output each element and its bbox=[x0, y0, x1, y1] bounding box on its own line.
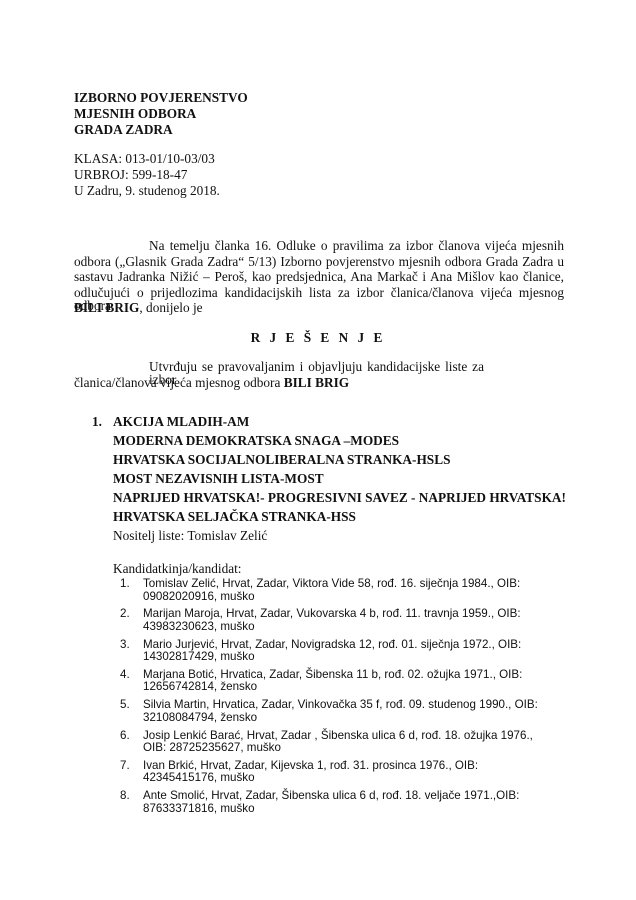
issuer-line-2: MJESNIH ODBORA bbox=[74, 107, 196, 120]
issuer-line-3: GRADA ZADRA bbox=[74, 123, 173, 136]
candidate-line-1: Ante Smolić, Hrvat, Zadar, Šibenska ulic… bbox=[143, 790, 573, 803]
decision-line-last: članica/članova vijeća mjesnog odbora BI… bbox=[74, 376, 564, 392]
party-name: MOST NEZAVISNIH LISTA-MOST bbox=[113, 472, 324, 485]
intro-line: odlučujući o prijedlozima kandidacijskih… bbox=[74, 286, 564, 302]
intro-tail: , donijelo je bbox=[139, 300, 202, 315]
mjesni-odbor-name: BILI BRIG bbox=[284, 375, 349, 390]
candidate-number: 5. bbox=[120, 699, 138, 712]
decision-line: Utvrđuju se pravovaljanim i objavljuju k… bbox=[74, 360, 564, 376]
party-name: HRVATSKA SOCIJALNOLIBERALNA STRANKA-HSLS bbox=[113, 453, 450, 466]
candidate-line-2: OIB: 28725235627, muško bbox=[143, 742, 573, 755]
decision-text: članica/članova vijeća mjesnog odbora bbox=[74, 375, 284, 390]
intro-line: Na temelju članka 16. Odluke o pravilima… bbox=[74, 239, 564, 255]
candidate-details: Marijan Maroja, Hrvat, Zadar, Vukovarska… bbox=[143, 608, 573, 633]
candidate-line-2: 12656742814, žensko bbox=[143, 681, 573, 694]
candidate-line-1: Tomislav Zelić, Hrvat, Zadar, Viktora Vi… bbox=[143, 578, 573, 591]
candidate-number: 7. bbox=[120, 760, 138, 773]
party-name: AKCIJA MLADIH-AM bbox=[113, 415, 249, 428]
candidates-label: Kandidatkinja/kandidat: bbox=[113, 562, 242, 575]
place-date: U Zadru, 9. studenog 2018. bbox=[74, 184, 220, 197]
candidate-line-2: 32108084794, žensko bbox=[143, 712, 573, 725]
party-name: NAPRIJED HRVATSKA!- PROGRESIVNI SAVEZ - … bbox=[113, 491, 566, 504]
intro-line-last: BILI BRIG, donijelo je bbox=[74, 301, 564, 317]
candidate-line-2: 43983230623, muško bbox=[143, 621, 573, 634]
decision-paragraph: Utvrđuju se pravovaljanim i objavljuju k… bbox=[74, 360, 564, 391]
candidate-details: Silvia Martin, Hrvatica, Zadar, Vinkovač… bbox=[143, 699, 573, 724]
candidate-details: Mario Jurjević, Hrvat, Zadar, Novigradsk… bbox=[143, 639, 573, 664]
intro-paragraph: Na temelju članka 16. Odluke o pravilima… bbox=[74, 239, 564, 317]
candidate-line-1: Silvia Martin, Hrvatica, Zadar, Vinkovač… bbox=[143, 699, 573, 712]
intro-line: sastavu Jadranka Nižić – Peroš, kao pred… bbox=[74, 270, 564, 286]
party-name: MODERNA DEMOKRATSKA SNAGA –MODES bbox=[113, 434, 399, 447]
candidate-line-2: 09082020916, muško bbox=[143, 591, 573, 604]
list-holder: Nositelj liste: Tomislav Zelić bbox=[113, 529, 267, 542]
candidate-details: Josip Lenkić Barać, Hrvat, Zadar , Šiben… bbox=[143, 730, 573, 755]
candidate-number: 1. bbox=[120, 578, 138, 591]
candidate-number: 3. bbox=[120, 639, 138, 652]
candidate-details: Tomislav Zelić, Hrvat, Zadar, Viktora Vi… bbox=[143, 578, 573, 603]
candidate-details: Ivan Brkić, Hrvat, Zadar, Kijevska 1, ro… bbox=[143, 760, 573, 785]
list-number: 1. bbox=[92, 415, 102, 428]
candidate-details: Marjana Botić, Hrvatica, Zadar, Šibenska… bbox=[143, 669, 573, 694]
candidate-number: 4. bbox=[120, 669, 138, 682]
issuer-line-1: IZBORNO POVJERENSTVO bbox=[74, 91, 248, 104]
candidate-details: Ante Smolić, Hrvat, Zadar, Šibenska ulic… bbox=[143, 790, 573, 815]
mjesni-odbor-name: BILI BRIG bbox=[74, 300, 139, 315]
candidate-line-1: Marijan Maroja, Hrvat, Zadar, Vukovarska… bbox=[143, 608, 573, 621]
decision-title: R J E Š E N J E bbox=[0, 331, 636, 344]
candidate-number: 2. bbox=[120, 608, 138, 621]
candidate-line-2: 14302817429, muško bbox=[143, 651, 573, 664]
klasa: KLASA: 013-01/10-03/03 bbox=[74, 152, 215, 165]
candidate-number: 8. bbox=[120, 790, 138, 803]
candidate-number: 6. bbox=[120, 730, 138, 743]
urbroj: URBROJ: 599-18-47 bbox=[74, 168, 187, 181]
party-name: HRVATSKA SELJAČKA STRANKA-HSS bbox=[113, 510, 356, 523]
candidate-line-2: 42345415176, muško bbox=[143, 772, 573, 785]
intro-line: odbora („Glasnik Grada Zadra“ 5/13) Izbo… bbox=[74, 255, 564, 271]
candidate-line-2: 87633371816, muško bbox=[143, 803, 573, 816]
